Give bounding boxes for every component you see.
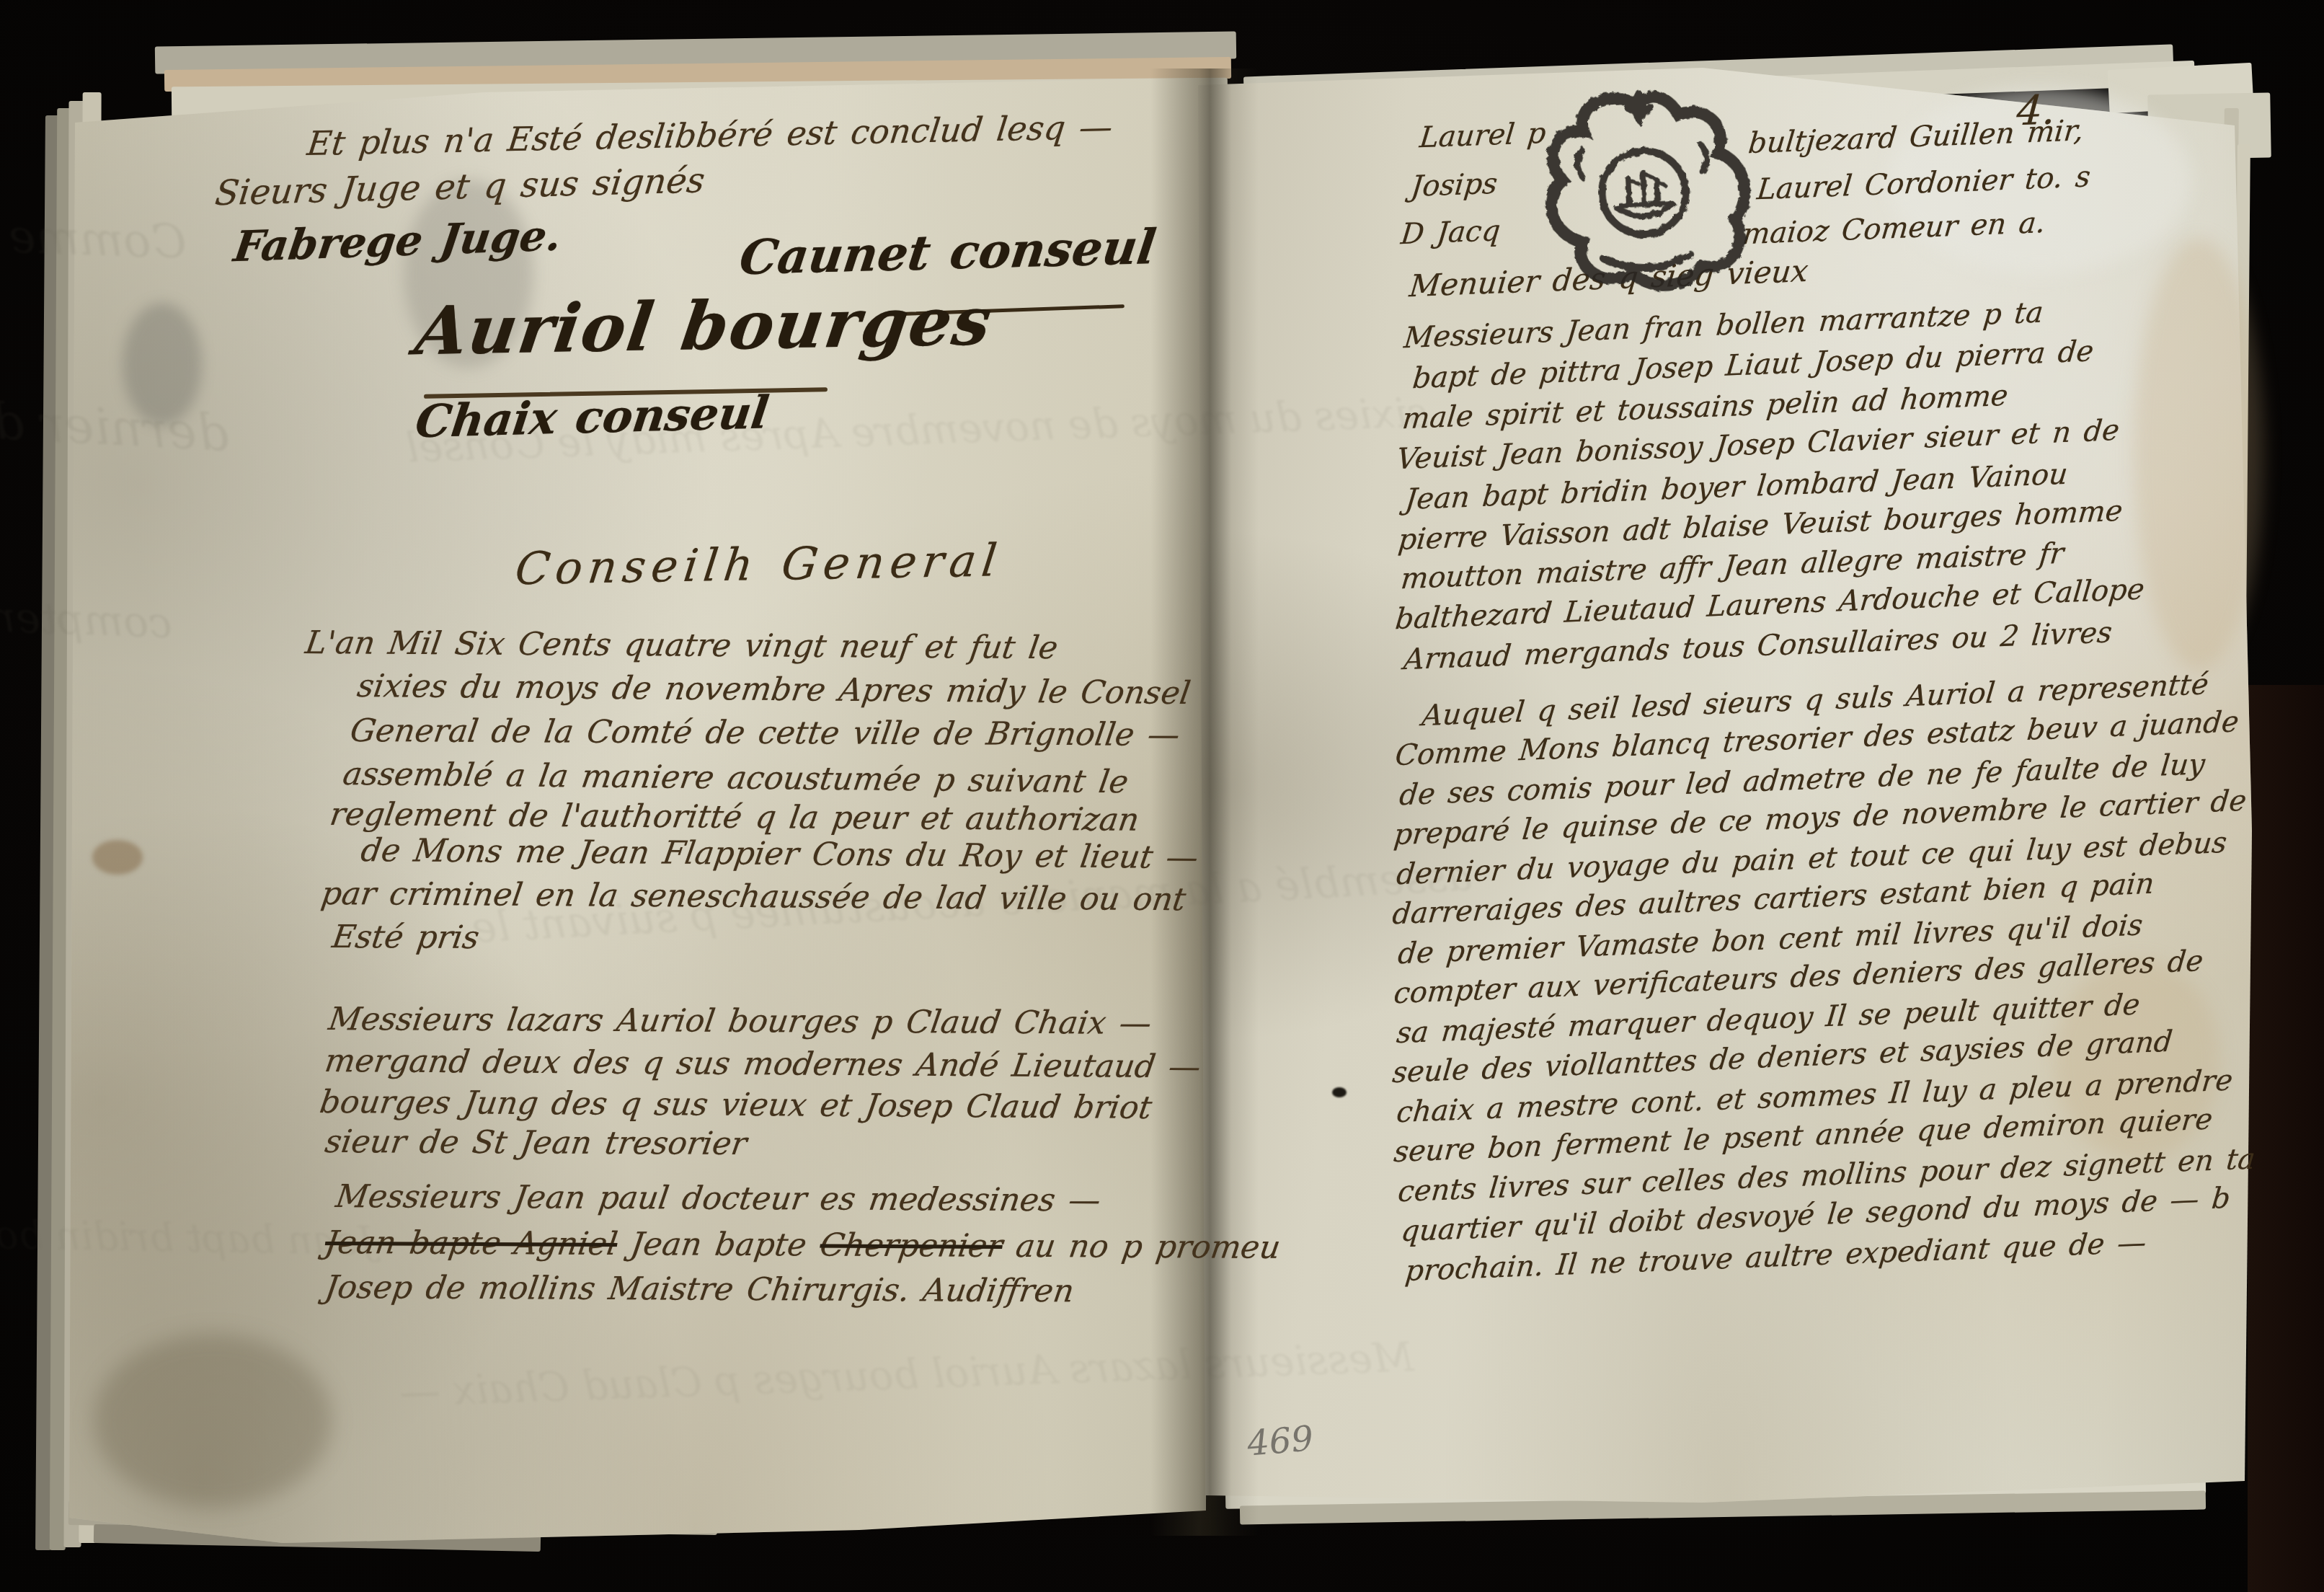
body-text: Jean bapte (629, 1226, 810, 1263)
body-text: au no p promeu (1014, 1228, 1283, 1266)
stain (2134, 238, 2263, 671)
body-line: General de la Comté de cette ville de Br… (348, 712, 1183, 753)
ink-blot (1332, 1087, 1347, 1097)
body-line: sixies du moys de novembre Apres midy le… (355, 668, 1192, 712)
stain (94, 1334, 332, 1507)
body-line-with-strikethrough: Jean bapte Agniel Jean bapte Cherpenier … (323, 1224, 1283, 1266)
body-line: par criminel en la seneschaussée de lad … (319, 875, 1188, 918)
ink-stamp-cartouche (1522, 74, 1764, 301)
archivist-pencil-number: 469 (1246, 1418, 1315, 1464)
signature-chaix: Chaix conseul (412, 386, 771, 448)
body-line: mergand deux des q sus modernes Andé Lie… (322, 1043, 1203, 1085)
margin-name: Josips (1409, 167, 1499, 203)
body-line: de Mons me Jean Flappier Cons du Roy et … (358, 832, 1200, 876)
body-line: sieur de St Jean tresorier (323, 1123, 750, 1162)
struck-text: Cherpenier (817, 1227, 1005, 1265)
stain (92, 840, 143, 875)
body-line: Josep de mollins Maistre Chirurgis. Audi… (323, 1269, 1077, 1309)
struck-text: Jean bapte Agniel (323, 1224, 620, 1262)
body-line: Esté pris (330, 919, 482, 956)
body-line: Messieurs lazars Auriol bourges p Claud … (327, 1001, 1154, 1042)
body-line: Messieurs Jean paul docteur es medessine… (334, 1178, 1104, 1219)
manuscript-scan: { "document": { "kind": "17th-century Fr… (0, 0, 2324, 1592)
body-line: bourges Jung des q sus vieux et Josep Cl… (317, 1084, 1154, 1126)
book-cover-edge (2248, 685, 2324, 1592)
signature-caunet: Caunet conseul (737, 218, 1159, 286)
margin-name: D Jacq (1399, 214, 1502, 251)
body-line: reglement de l'authoritté q la peur et a… (327, 796, 1141, 839)
body-line: L'an Mil Six Cents quatre vingt neuf et … (303, 624, 1060, 666)
book-gutter-shadow (1150, 68, 1259, 1536)
section-heading: Conseilh General (513, 534, 1006, 595)
signature-auriol: Auriol bourges (411, 282, 998, 370)
